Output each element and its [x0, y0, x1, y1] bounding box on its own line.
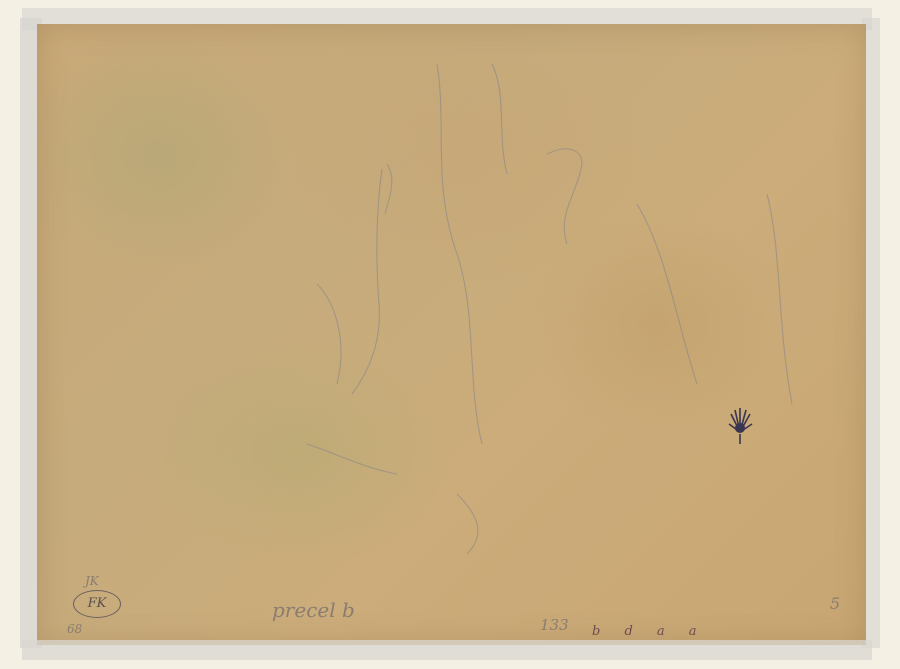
lower-right-number: 133	[540, 616, 569, 634]
stamp-initials-above: JK	[85, 574, 99, 588]
hinge-tape-bottom	[22, 640, 872, 660]
right-edge-number: 5	[830, 594, 840, 613]
collector-stamp: FK	[73, 590, 121, 618]
lower-right-marks: b d a a	[592, 624, 707, 639]
faint-sketch-lines	[37, 24, 866, 645]
ink-blot	[725, 404, 755, 444]
lower-left-number: 68	[67, 622, 82, 636]
lower-center-script: precel b	[272, 598, 355, 622]
drawing-sheet: JK FK 68 precel b 133 b d a a 5	[37, 24, 866, 645]
